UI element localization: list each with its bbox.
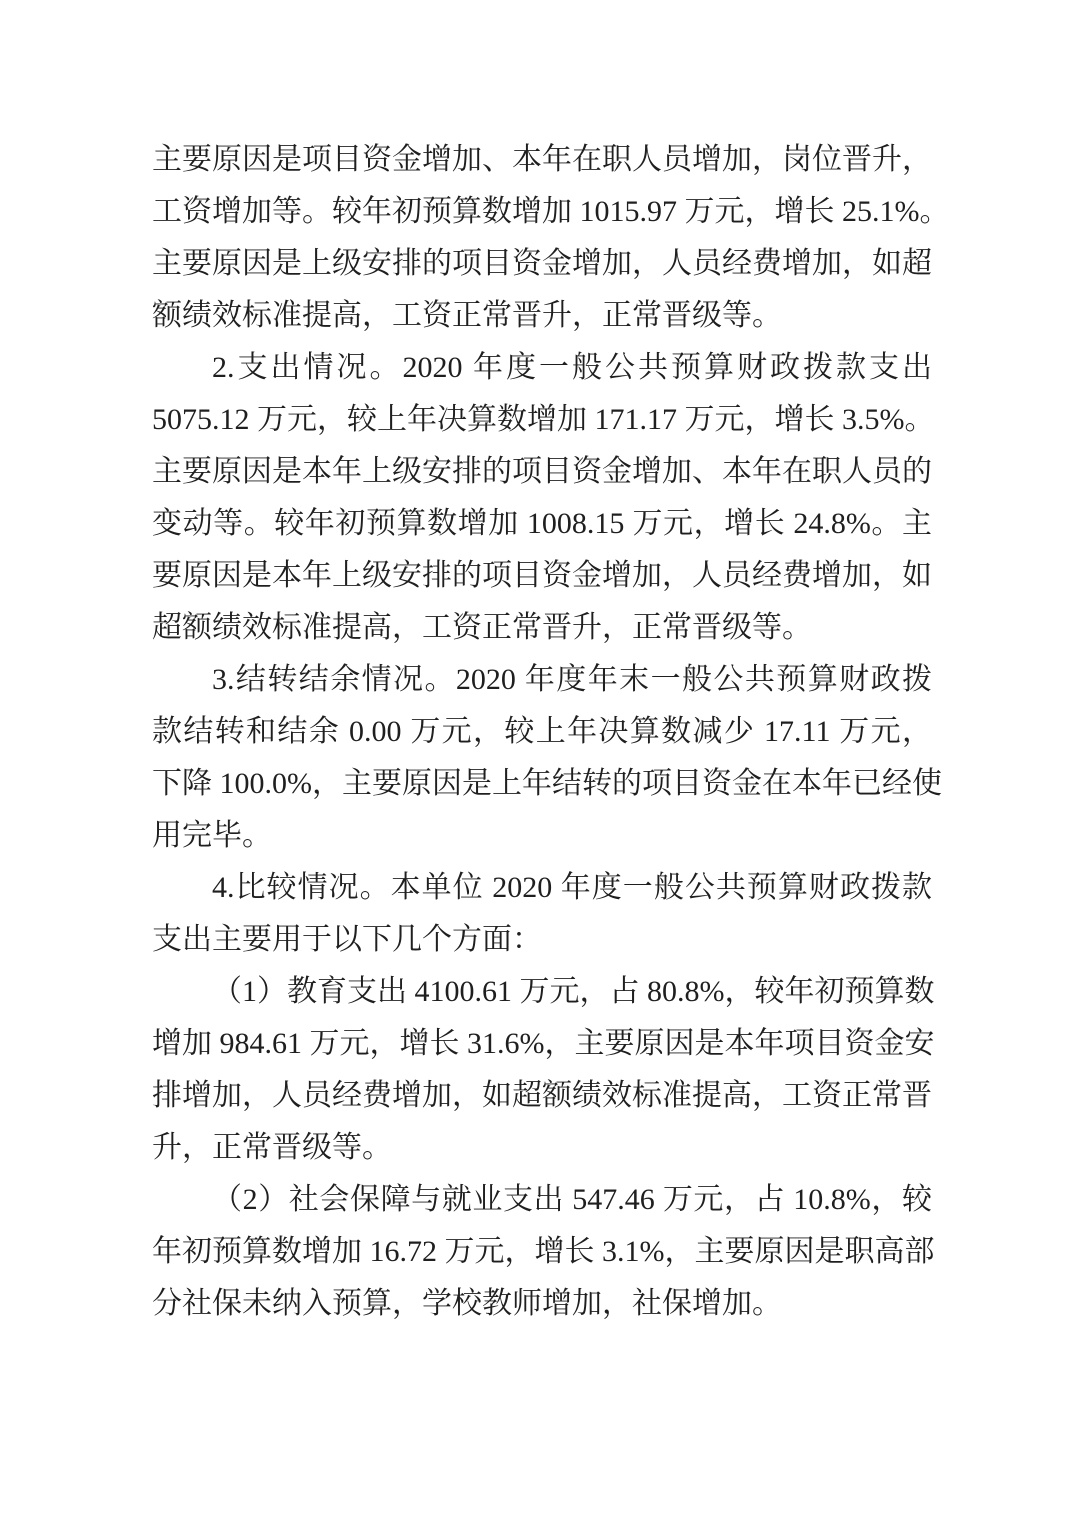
text-line: 3.结转结余情况。2020 年度年末一般公共预算财政拨 <box>152 654 932 706</box>
text-line: 4.比较情况。本单位 2020 年度一般公共预算财政拨款 <box>152 862 932 914</box>
text-line: 增加 984.61 万元，增长 31.6%，主要原因是本年项目资金安 <box>152 1018 932 1070</box>
text-line: 年初预算数增加 16.72 万元，增长 3.1%，主要原因是职高部 <box>152 1226 932 1278</box>
text-line: 主要原因是上级安排的项目资金增加，人员经费增加，如超 <box>152 238 932 290</box>
text-line: 超额绩效标准提高，工资正常晋升，正常晋级等。 <box>152 602 932 654</box>
text-line: 支出主要用于以下几个方面： <box>152 914 932 966</box>
document-page: 主要原因是项目资金增加、本年在职人员增加，岗位晋升， 工资增加等。较年初预算数增… <box>0 0 1074 1520</box>
paragraph-continuation: 主要原因是项目资金增加、本年在职人员增加，岗位晋升， 工资增加等。较年初预算数增… <box>152 134 932 342</box>
text-line: 款结转和结余 0.00 万元，较上年决算数减少 17.11 万元， <box>152 706 932 758</box>
text-line: 工资增加等。较年初预算数增加 1015.97 万元，增长 25.1%。 <box>152 186 932 238</box>
text-line: 要原因是本年上级安排的项目资金增加，人员经费增加，如 <box>152 550 932 602</box>
text-line: 5075.12 万元，较上年决算数增加 171.17 万元，增长 3.5%。 <box>152 394 932 446</box>
paragraph-social-security-spending: （2）社会保障与就业支出 547.46 万元，占 10.8%，较 年初预算数增加… <box>152 1174 932 1330</box>
paragraph-expenditure: 2.支出情况。2020 年度一般公共预算财政拨款支出 5075.12 万元，较上… <box>152 342 932 654</box>
text-line: 分社保未纳入预算，学校教师增加，社保增加。 <box>152 1278 932 1330</box>
text-line: 主要原因是项目资金增加、本年在职人员增加，岗位晋升， <box>152 134 932 186</box>
paragraph-carryover: 3.结转结余情况。2020 年度年末一般公共预算财政拨 款结转和结余 0.00 … <box>152 654 932 862</box>
text-line: 主要原因是本年上级安排的项目资金增加、本年在职人员的 <box>152 446 932 498</box>
text-line: 升，正常晋级等。 <box>152 1122 932 1174</box>
text-line: 用完毕。 <box>152 810 932 862</box>
text-line: （1）教育支出 4100.61 万元，占 80.8%，较年初预算数 <box>152 966 932 1018</box>
paragraph-comparison: 4.比较情况。本单位 2020 年度一般公共预算财政拨款 支出主要用于以下几个方… <box>152 862 932 966</box>
text-line: （2）社会保障与就业支出 547.46 万元，占 10.8%，较 <box>152 1174 932 1226</box>
text-line: 变动等。较年初预算数增加 1008.15 万元，增长 24.8%。主 <box>152 498 932 550</box>
text-line: 下降 100.0%，主要原因是上年结转的项目资金在本年已经使 <box>152 758 932 810</box>
text-line: 额绩效标准提高，工资正常晋升，正常晋级等。 <box>152 290 932 342</box>
document-body: 主要原因是项目资金增加、本年在职人员增加，岗位晋升， 工资增加等。较年初预算数增… <box>152 134 932 1330</box>
text-line: 排增加，人员经费增加，如超额绩效标准提高，工资正常晋 <box>152 1070 932 1122</box>
paragraph-education-spending: （1）教育支出 4100.61 万元，占 80.8%，较年初预算数 增加 984… <box>152 966 932 1174</box>
text-line: 2.支出情况。2020 年度一般公共预算财政拨款支出 <box>152 342 932 394</box>
